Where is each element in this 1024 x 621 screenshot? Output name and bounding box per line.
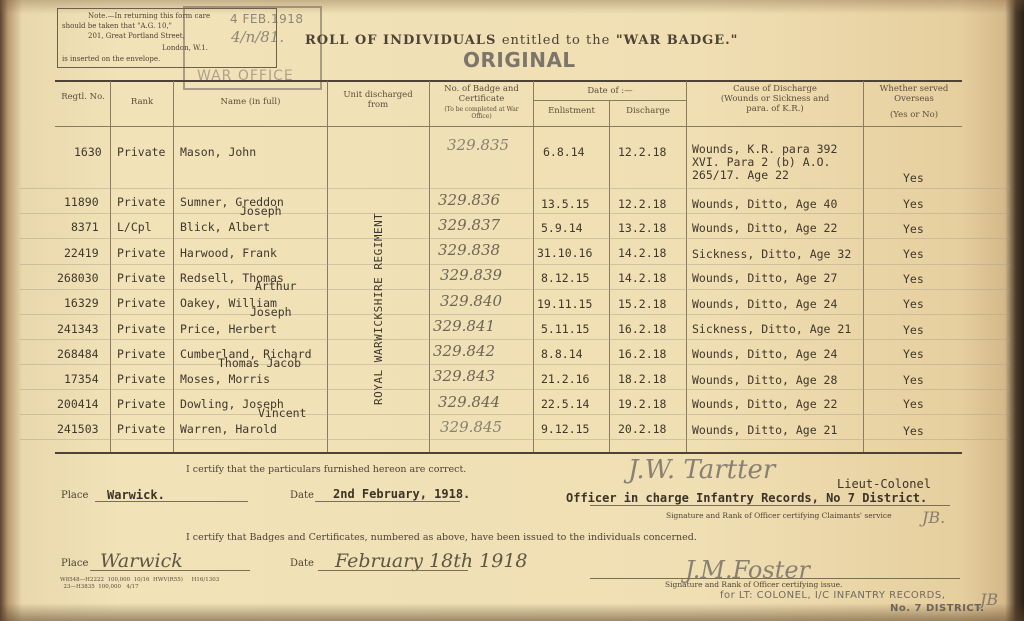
badge-number: 329.842 — [433, 342, 495, 360]
header-date-of: Date of :— — [534, 86, 686, 96]
badge-number: 329.836 — [438, 191, 500, 209]
regtl-no: 11890 — [64, 195, 99, 209]
enlistment-date: 5.9.14 — [541, 221, 583, 235]
header-cause: Cause of Discharge (Wounds or Sickness a… — [715, 84, 835, 114]
enlistment-date: 19.11.15 — [537, 297, 592, 311]
rank: L/Cpl — [117, 220, 152, 234]
served-overseas: Yes — [903, 171, 924, 185]
rank: Private — [117, 271, 165, 285]
place-value-2: Warwick — [100, 550, 183, 572]
ledger-line — [20, 314, 1010, 315]
enlistment-date: 21.2.16 — [541, 372, 589, 386]
date-value-2: February 18th 1918 — [335, 550, 528, 572]
header-enlistment: Enlistment — [534, 106, 609, 116]
enlistment-date: 13.5.15 — [541, 197, 589, 211]
date-label-2: Date — [290, 558, 314, 569]
page-shadow-bottom — [0, 603, 1024, 621]
name-continued: Thomas Jacob — [218, 356, 301, 370]
cause-of-discharge: Wounds, Ditto, Age 21 — [692, 423, 837, 437]
column-divider — [863, 81, 864, 452]
regtl-no: 16329 — [64, 296, 99, 310]
table-header-rule — [55, 126, 962, 127]
served-overseas: Yes — [903, 397, 924, 411]
rank: Private — [117, 397, 165, 411]
regtl-no: 17354 — [64, 372, 99, 386]
place-underline-1 — [95, 501, 248, 502]
name-continued: Vincent — [258, 406, 306, 420]
date-value-1: 2nd February, 1918. — [333, 487, 470, 501]
name: Price, Herbert — [180, 322, 277, 336]
ledger-line — [20, 439, 1010, 440]
rank: Private — [117, 246, 165, 260]
certification-statement-2: I certify that Badges and Certificates, … — [186, 532, 697, 543]
discharge-date: 13.2.18 — [618, 221, 666, 235]
discharge-date: 15.2.18 — [618, 297, 666, 311]
signature-underline-2 — [590, 578, 960, 579]
discharge-date: 14.2.18 — [618, 271, 666, 285]
ledger-line — [20, 213, 1010, 214]
name-continued: Joseph — [250, 305, 292, 319]
table-top-rule — [55, 80, 962, 82]
cause-of-discharge-line3: 265/17. Age 22 — [692, 168, 789, 182]
page-title: ROLL OF INDIVIDUALS entitled to the "WAR… — [305, 33, 738, 48]
column-divider — [429, 81, 430, 452]
column-divider — [686, 81, 687, 452]
cause-of-discharge: Wounds, Ditto, Age 24 — [692, 297, 837, 311]
served-overseas: Yes — [903, 424, 924, 438]
print-codes: W8548—H2222 100,000 10/16 HWV(R55) H16/1… — [60, 577, 219, 591]
print-code-line1: W8548—H2222 100,000 10/16 HWV(R55) H16/1… — [60, 577, 219, 583]
ledger-line — [20, 339, 1010, 340]
badge-number: 329.845 — [440, 418, 502, 436]
served-overseas: Yes — [903, 197, 924, 211]
stamp-date: 4 FEB.1918 — [230, 12, 304, 26]
enlistment-date: 22.5.14 — [541, 397, 589, 411]
enlistment-date: 8.12.15 — [541, 271, 589, 285]
served-overseas: Yes — [903, 272, 924, 286]
initials-1: JB. — [922, 508, 945, 527]
enlistment-date: 8.8.14 — [541, 347, 583, 361]
discharge-date: 16.2.18 — [618, 322, 666, 336]
served-overseas: Yes — [903, 373, 924, 387]
ledger-line — [20, 389, 1010, 390]
place-value-1: Warwick. — [107, 488, 165, 502]
enlistment-date: 9.12.15 — [541, 422, 589, 436]
rank: Private — [117, 372, 165, 386]
cause-of-discharge: Wounds, Ditto, Age 28 — [692, 373, 837, 387]
original-stamp: ORIGINAL — [463, 48, 576, 72]
name: Mason, John — [180, 145, 256, 159]
badge-number: 329.843 — [433, 367, 495, 385]
name: Harwood, Frank — [180, 246, 277, 260]
header-overseas-note: (Yes or No) — [864, 110, 964, 120]
ledger-line — [20, 188, 1010, 189]
signature-caption-1: Signature and Rank of Officer certifying… — [666, 511, 892, 520]
regtl-no: 268484 — [57, 347, 99, 361]
rank: Private — [117, 145, 165, 159]
column-divider — [327, 81, 328, 452]
enlistment-date: 6.8.14 — [543, 145, 585, 159]
officer-rank-1: Lieut-Colonel — [837, 477, 931, 491]
regtl-no: 200414 — [57, 397, 99, 411]
regtl-no: 241503 — [57, 422, 99, 436]
enlistment-date: 31.10.16 — [537, 246, 592, 260]
badge-number: 329.841 — [433, 317, 495, 335]
regtl-no: 1630 — [74, 145, 102, 159]
header-overseas: Whether served Overseas — [868, 84, 960, 104]
rank: Private — [117, 347, 165, 361]
badge-number: 329.837 — [438, 216, 500, 234]
badge-number: 329.838 — [438, 241, 500, 259]
note-line: should be taken that "A.G. 10," — [62, 21, 172, 31]
rank: Private — [117, 422, 165, 436]
header-rank: Rank — [111, 97, 173, 107]
rank: Private — [117, 296, 165, 310]
stamp-reference: 4/n/81. — [231, 28, 284, 46]
regtl-no: 8371 — [71, 220, 99, 234]
regtl-no: 22419 — [64, 246, 99, 260]
cause-of-discharge: Wounds, Ditto, Age 22 — [692, 221, 837, 235]
date-underline-2 — [318, 570, 468, 571]
officer-signature-1: J.W. Tartter — [628, 455, 775, 485]
column-divider — [110, 81, 111, 452]
header-badge-no: No. of Badge and Certificate — [430, 84, 533, 104]
cause-of-discharge: Wounds, Ditto, Age 24 — [692, 347, 837, 361]
name-continued: Arthur — [255, 279, 297, 293]
header-discharge: Discharge — [610, 106, 686, 116]
officer-line-1: Officer in charge Infantry Records, No 7… — [566, 491, 927, 505]
rank: Private — [117, 322, 165, 336]
title-badge: "WAR BADGE." — [616, 33, 739, 48]
date-of-divider — [533, 100, 686, 101]
signature-underline-1 — [590, 505, 950, 506]
ledger-line — [20, 364, 1010, 365]
column-divider — [533, 81, 534, 452]
title-entitled: entitled to the — [502, 33, 610, 48]
header-name: Name (in full) — [174, 97, 327, 107]
regtl-no: 241343 — [57, 322, 99, 336]
records-office-stamp-line1: for LT: COLONEL, I/C INFANTRY RECORDS, — [720, 590, 945, 601]
discharge-date: 14.2.18 — [618, 246, 666, 260]
badge-number: 329.840 — [440, 292, 502, 310]
served-overseas: Yes — [903, 222, 924, 236]
badge-number: 329.839 — [440, 266, 502, 284]
print-code-line2: 23—H3835 100,000 4/17 — [60, 584, 139, 590]
column-divider — [173, 81, 174, 452]
header-unit: Unit discharged from — [335, 90, 421, 110]
discharge-date: 12.2.18 — [618, 197, 666, 211]
badge-number: 329.844 — [438, 393, 500, 411]
signature-caption-2: Signature and Rank of Officer certifying… — [665, 580, 842, 589]
header-badge-note: (To be completed at War Office) — [440, 106, 523, 120]
cause-of-discharge: Wounds, Ditto, Age 22 — [692, 397, 837, 411]
cause-of-discharge: Sickness, Ditto, Age 32 — [692, 247, 851, 261]
date-underline-1 — [315, 501, 460, 502]
note-line: is inserted on the envelope. — [62, 54, 160, 64]
unit-discharged-from-value: ROYAL WARWICKSHIRE REGIMENT — [372, 213, 385, 405]
column-divider — [609, 100, 610, 452]
discharge-date: 18.2.18 — [618, 372, 666, 386]
name: Blick, Albert — [180, 220, 270, 234]
table-bottom-rule — [55, 452, 962, 454]
ledger-line — [20, 264, 1010, 265]
served-overseas: Yes — [903, 297, 924, 311]
cause-of-discharge: Wounds, K.R. para 392 — [692, 142, 837, 156]
ledger-line — [20, 289, 1010, 290]
date-label-1: Date — [290, 490, 314, 501]
badge-number: 329.835 — [447, 136, 509, 154]
served-overseas: Yes — [903, 323, 924, 337]
cause-of-discharge: Sickness, Ditto, Age 21 — [692, 322, 851, 336]
title-main: ROLL OF INDIVIDUALS — [305, 33, 496, 48]
war-badge-roll-page: Note.—In returning this form care should… — [0, 0, 1024, 621]
name: Warren, Harold — [180, 422, 277, 436]
ledger-line — [20, 414, 1010, 415]
served-overseas: Yes — [903, 347, 924, 361]
note-line: 201, Great Portland Street, — [88, 31, 185, 41]
cause-of-discharge: Wounds, Ditto, Age 27 — [692, 271, 837, 285]
header-regtl-no: Regtl. No. — [56, 92, 110, 102]
ledger-line — [20, 238, 1010, 239]
regtl-no: 268030 — [57, 271, 99, 285]
discharge-date: 19.2.18 — [618, 397, 666, 411]
served-overseas: Yes — [903, 247, 924, 261]
name: Moses, Morris — [180, 372, 270, 386]
place-label-1: Place — [61, 490, 88, 501]
enlistment-date: 5.11.15 — [541, 322, 589, 336]
cause-of-discharge-line2: XVI. Para 2 (b) A.O. — [692, 155, 830, 169]
cause-of-discharge: Wounds, Ditto, Age 40 — [692, 197, 837, 211]
war-office-received-stamp: 4 FEB.1918 4/n/81. WAR OFFICE — [183, 6, 322, 90]
discharge-date: 12.2.18 — [618, 145, 666, 159]
discharge-date: 20.2.18 — [618, 422, 666, 436]
place-label-2: Place — [61, 558, 88, 569]
name-continued: Joseph — [240, 204, 282, 218]
discharge-date: 16.2.18 — [618, 347, 666, 361]
rank: Private — [117, 195, 165, 209]
place-underline-2 — [90, 570, 250, 571]
certification-statement-1: I certify that the particulars furnished… — [186, 464, 466, 475]
